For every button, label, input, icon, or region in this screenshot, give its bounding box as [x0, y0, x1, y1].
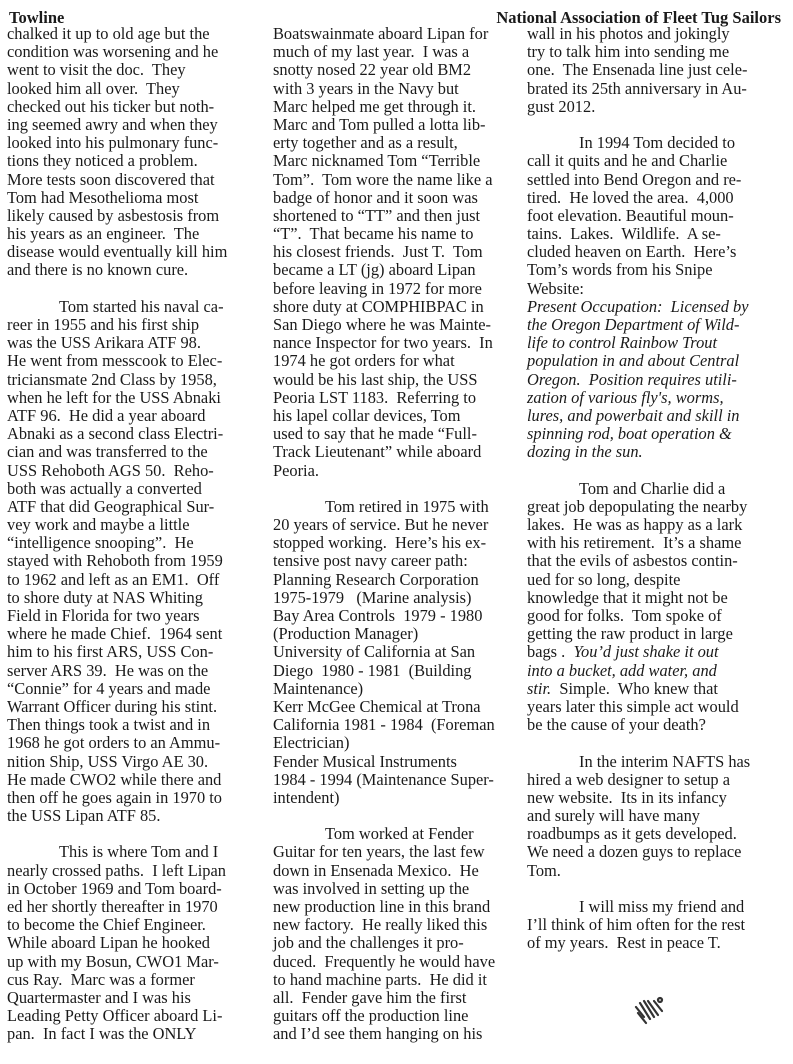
text-line: Kerr McGee Chemical at Trona — [273, 698, 523, 716]
text-line: Peoria. — [273, 462, 523, 480]
paragraph: In the interim NAFTS hashired a web desi… — [527, 753, 789, 880]
text-line: was the USS Arikara ATF 98. — [7, 334, 265, 352]
text-line: In 1994 Tom decided to — [527, 134, 789, 152]
text-line: Then things took a twist and in — [7, 716, 265, 734]
text-line: and I’d see them hanging on his — [273, 1025, 523, 1043]
text-line: wall in his photos and jokingly — [527, 25, 789, 43]
text-line: tions they noticed a problem. — [7, 152, 265, 170]
text-line: 1984 - 1994 (Maintenance Super- — [273, 771, 523, 789]
text-line: Guitar for ten years, the last few — [273, 843, 523, 861]
text-line: condition was worsening and he — [7, 43, 265, 61]
text-line: Present Occupation: Licensed by — [527, 298, 789, 316]
text-line: new factory. He really liked this — [273, 916, 523, 934]
text-line: knowledge that it might not be — [527, 589, 789, 607]
text-line: San Diego where he was Mainte- — [273, 316, 523, 334]
text-line: became a LT (jg) aboard Lipan — [273, 261, 523, 279]
text-line: gust 2012. — [527, 98, 789, 116]
text-line: life to control Rainbow Trout — [527, 334, 789, 352]
text-line: Planning Research Corporation — [273, 571, 523, 589]
text-line: stopped working. Here’s his ex- — [273, 534, 523, 552]
text-line: Website: — [527, 280, 789, 298]
text-line: new production line in this brand — [273, 898, 523, 916]
text-line: in October 1969 and Tom board- — [7, 880, 265, 898]
paragraph: chalked it up to old age but theconditio… — [7, 25, 265, 280]
text-line: would be his last ship, the USS — [273, 371, 523, 389]
text-line: badge of honor and it soon was — [273, 189, 523, 207]
text-line: server ARS 39. He was on the — [7, 662, 265, 680]
text-line: job and the challenges it pro- — [273, 934, 523, 952]
text-line: nance Inspector for two years. In — [273, 334, 523, 352]
text-line: “intelligence snooping”. He — [7, 534, 265, 552]
text-line: Oregon. Position requires utili- — [527, 371, 789, 389]
text-line: try to talk him into sending me — [527, 43, 789, 61]
text-line: years later this simple act would — [527, 698, 789, 716]
text-line: to shore duty at NAS Whiting — [7, 589, 265, 607]
paragraph: Tom started his naval ca-reer in 1955 an… — [7, 298, 265, 825]
text-line: In the interim NAFTS has — [527, 753, 789, 771]
text-line: Track Lieutenant” while aboard — [273, 443, 523, 461]
text-line: to hand machine parts. He did it — [273, 971, 523, 989]
text-line: brated its 25th anniversary in Au- — [527, 80, 789, 98]
text-line: roadbumps as it gets developed. — [527, 825, 789, 843]
paragraph: Tom and Charlie did agreat job depopulat… — [527, 480, 789, 644]
text-line: one. The Ensenada line just cele- — [527, 61, 789, 79]
text-line: be the cause of your death? — [527, 716, 789, 734]
text-line: 1968 he got orders to an Ammu- — [7, 734, 265, 752]
text-line: We need a dozen guys to replace — [527, 843, 789, 861]
text-line: to become the Chief Engineer. — [7, 916, 265, 934]
text-line: call it quits and he and Charlie — [527, 152, 789, 170]
text-line: Tom. — [527, 862, 789, 880]
paragraph: Tom worked at FenderGuitar for ten years… — [273, 825, 523, 1043]
text-line: shore duty at COMPHIBPAC in — [273, 298, 523, 316]
paragraph: Boatswainmate aboard Lipan formuch of my… — [273, 25, 523, 480]
text-line: snotty nosed 22 year old BM2 — [273, 61, 523, 79]
text-line: reer in 1955 and his first ship — [7, 316, 265, 334]
text-line: nition Ship, USS Virgo AE 30. — [7, 753, 265, 771]
text-line: likely caused by asbestosis from — [7, 207, 265, 225]
text-line: Peoria LST 1183. Referring to — [273, 389, 523, 407]
text-line: to 1962 and left as an EM1. Off — [7, 571, 265, 589]
text-line: much of my last year. I was a — [273, 43, 523, 61]
text-line: into a bucket, add water, and — [527, 662, 789, 680]
text-line: used to say that he made “Full- — [273, 425, 523, 443]
text-line: looked into his pulmonary func- — [7, 134, 265, 152]
text-line: the Oregon Department of Wild- — [527, 316, 789, 334]
text-line: Abnaki as a second class Electri- — [7, 425, 265, 443]
text-line: lakes. He was as happy as a lark — [527, 516, 789, 534]
text-line: with his retirement. It’s a shame — [527, 534, 789, 552]
text-line: Field in Florida for two years — [7, 607, 265, 625]
text-line: cluded heaven on Earth. Here’s — [527, 243, 789, 261]
text-line: stir. Simple. Who knew that — [527, 680, 789, 698]
text-line: Tom”. Tom wore the name like a — [273, 171, 523, 189]
text-line: Tom worked at Fender — [273, 825, 523, 843]
text-line: lures, and powerbait and skill in — [527, 407, 789, 425]
text-line: “Connie” for 4 years and made — [7, 680, 265, 698]
text-line: disease would eventually kill him — [7, 243, 265, 261]
text-line: then off he goes again in 1970 to — [7, 789, 265, 807]
text-line: “T”. That became his name to — [273, 225, 523, 243]
text-line: erty together and as a result, — [273, 134, 523, 152]
text-line: chalked it up to old age but the — [7, 25, 265, 43]
text-line: with 3 years in the Navy but — [273, 80, 523, 98]
text-line: He went from messcook to Elec- — [7, 352, 265, 370]
text-line: (Production Manager) — [273, 625, 523, 643]
text-line: the USS Lipan ATF 85. — [7, 807, 265, 825]
text-line: down in Ensenada Mexico. He — [273, 862, 523, 880]
text-line: shortened to “TT” and then just — [273, 207, 523, 225]
text-line: cian and was transferred to the — [7, 443, 265, 461]
text-line: looked him all over. They — [7, 80, 265, 98]
paragraph: In 1994 Tom decided tocall it quits and … — [527, 134, 789, 298]
text-line: before leaving in 1972 for more — [273, 280, 523, 298]
text-line: foot elevation. Beautiful moun- — [527, 207, 789, 225]
text-line: tired. He loved the area. 4,000 — [527, 189, 789, 207]
text-line: 20 years of service. But he never — [273, 516, 523, 534]
text-line: spinning rod, boat operation & — [527, 425, 789, 443]
text-line: his years as an engineer. The — [7, 225, 265, 243]
text-line: where he made Chief. 1964 sent — [7, 625, 265, 643]
text-line: his lapel collar devices, Tom — [273, 407, 523, 425]
text-line: ued for so long, despite — [527, 571, 789, 589]
text-line: went to visit the doc. They — [7, 61, 265, 79]
text-line: Tom’s words from his Snipe — [527, 261, 789, 279]
text-line: dozing in the sun. — [527, 443, 789, 461]
text-line: stayed with Rehoboth from 1959 — [7, 552, 265, 570]
text-line: him to his first ARS, USS Con- — [7, 643, 265, 661]
text-line: when he left for the USS Abnaki — [7, 389, 265, 407]
text-line: checked out his ticker but noth- — [7, 98, 265, 116]
text-line: and there is no known cure. — [7, 261, 265, 279]
text-line: Marc nicknamed Tom “Terrible — [273, 152, 523, 170]
text-line: bags . You’d just shake it out — [527, 643, 789, 661]
text-line: Leading Petty Officer aboard Li- — [7, 1007, 265, 1025]
text-line: Quartermaster and I was his — [7, 989, 265, 1007]
text-line: Boatswainmate aboard Lipan for — [273, 25, 523, 43]
text-line: triciansmate 2nd Class by 1958, — [7, 371, 265, 389]
paragraph: Present Occupation: Licensed bythe Orego… — [527, 298, 789, 462]
text-line: ing seemed awry and when they — [7, 116, 265, 134]
signature-scribble-icon — [632, 993, 668, 1029]
text-line: Tom and Charlie did a — [527, 480, 789, 498]
text-line: USS Rehoboth AGS 50. Reho- — [7, 462, 265, 480]
text-line: Warrant Officer during his stint. — [7, 698, 265, 716]
paragraph: bags . You’d just shake it outinto a buc… — [527, 643, 789, 734]
text-line: and surely will have many — [527, 807, 789, 825]
text-line: both was actually a converted — [7, 480, 265, 498]
text-line: 1974 he got orders for what — [273, 352, 523, 370]
text-line: Tom had Mesothelioma most — [7, 189, 265, 207]
text-line: Bay Area Controls 1979 - 1980 — [273, 607, 523, 625]
text-line: cus Ray. Marc was a former — [7, 971, 265, 989]
text-line: This is where Tom and I — [7, 843, 265, 861]
text-line: Fender Musical Instruments — [273, 753, 523, 771]
text-line: Maintenance) — [273, 680, 523, 698]
text-line: More tests soon discovered that — [7, 171, 265, 189]
text-line: all. Fender gave him the first — [273, 989, 523, 1007]
text-line: was involved in setting up the — [273, 880, 523, 898]
text-line: guitars off the production line — [273, 1007, 523, 1025]
text-line: good for folks. Tom spoke of — [527, 607, 789, 625]
text-line: vey work and maybe a little — [7, 516, 265, 534]
text-line: He made CWO2 while there and — [7, 771, 265, 789]
text-line: University of California at San — [273, 643, 523, 661]
text-line: I will miss my friend and — [527, 898, 789, 916]
text-line: Tom started his naval ca- — [7, 298, 265, 316]
text-line: Electrician) — [273, 734, 523, 752]
text-line: California 1981 - 1984 (Foreman — [273, 716, 523, 734]
text-line: great job depopulating the nearby — [527, 498, 789, 516]
text-line: hired a web designer to setup a — [527, 771, 789, 789]
text-line: population in and about Central — [527, 352, 789, 370]
text-line: that the evils of asbestos contin- — [527, 552, 789, 570]
text-line: 1975-1979 (Marine analysis) — [273, 589, 523, 607]
text-line: tains. Lakes. Wildlife. A se- — [527, 225, 789, 243]
text-line: getting the raw product in large — [527, 625, 789, 643]
text-line: I’ll think of him often for the rest — [527, 916, 789, 934]
text-line: intendent) — [273, 789, 523, 807]
column-1: chalked it up to old age but theconditio… — [7, 25, 265, 1044]
text-line: ATF 96. He did a year aboard — [7, 407, 265, 425]
text-line: duced. Frequently he would have — [273, 953, 523, 971]
paragraph: I will miss my friend andI’ll think of h… — [527, 898, 789, 953]
text-line: Marc helped me get through it. — [273, 98, 523, 116]
column-2: Boatswainmate aboard Lipan formuch of my… — [273, 25, 523, 1044]
text-line: While aboard Lipan he hooked — [7, 934, 265, 952]
paragraph: wall in his photos and jokinglytry to ta… — [527, 25, 789, 116]
paragraph: This is where Tom and Inearly crossed pa… — [7, 843, 265, 1043]
text-line: new website. Its in its infancy — [527, 789, 789, 807]
text-line: Tom retired in 1975 with — [273, 498, 523, 516]
text-line: tensive post navy career path: — [273, 552, 523, 570]
text-line: nearly crossed paths. I left Lipan — [7, 862, 265, 880]
text-line: Marc and Tom pulled a lotta lib- — [273, 116, 523, 134]
text-line: ed her shortly thereafter in 1970 — [7, 898, 265, 916]
text-line: his closest friends. Just T. Tom — [273, 243, 523, 261]
text-line: zation of various fly's, worms, — [527, 389, 789, 407]
column-3: wall in his photos and jokinglytry to ta… — [527, 25, 789, 953]
text-line: Diego 1980 - 1981 (Building — [273, 662, 523, 680]
text-line: ATF that did Geographical Sur- — [7, 498, 265, 516]
paragraph: Tom retired in 1975 with20 years of serv… — [273, 498, 523, 807]
text-line: up with my Bosun, CWO1 Mar- — [7, 953, 265, 971]
text-line: of my years. Rest in peace T. — [527, 934, 789, 952]
text-line: settled into Bend Oregon and re- — [527, 171, 789, 189]
text-line: pan. In fact I was the ONLY — [7, 1025, 265, 1043]
